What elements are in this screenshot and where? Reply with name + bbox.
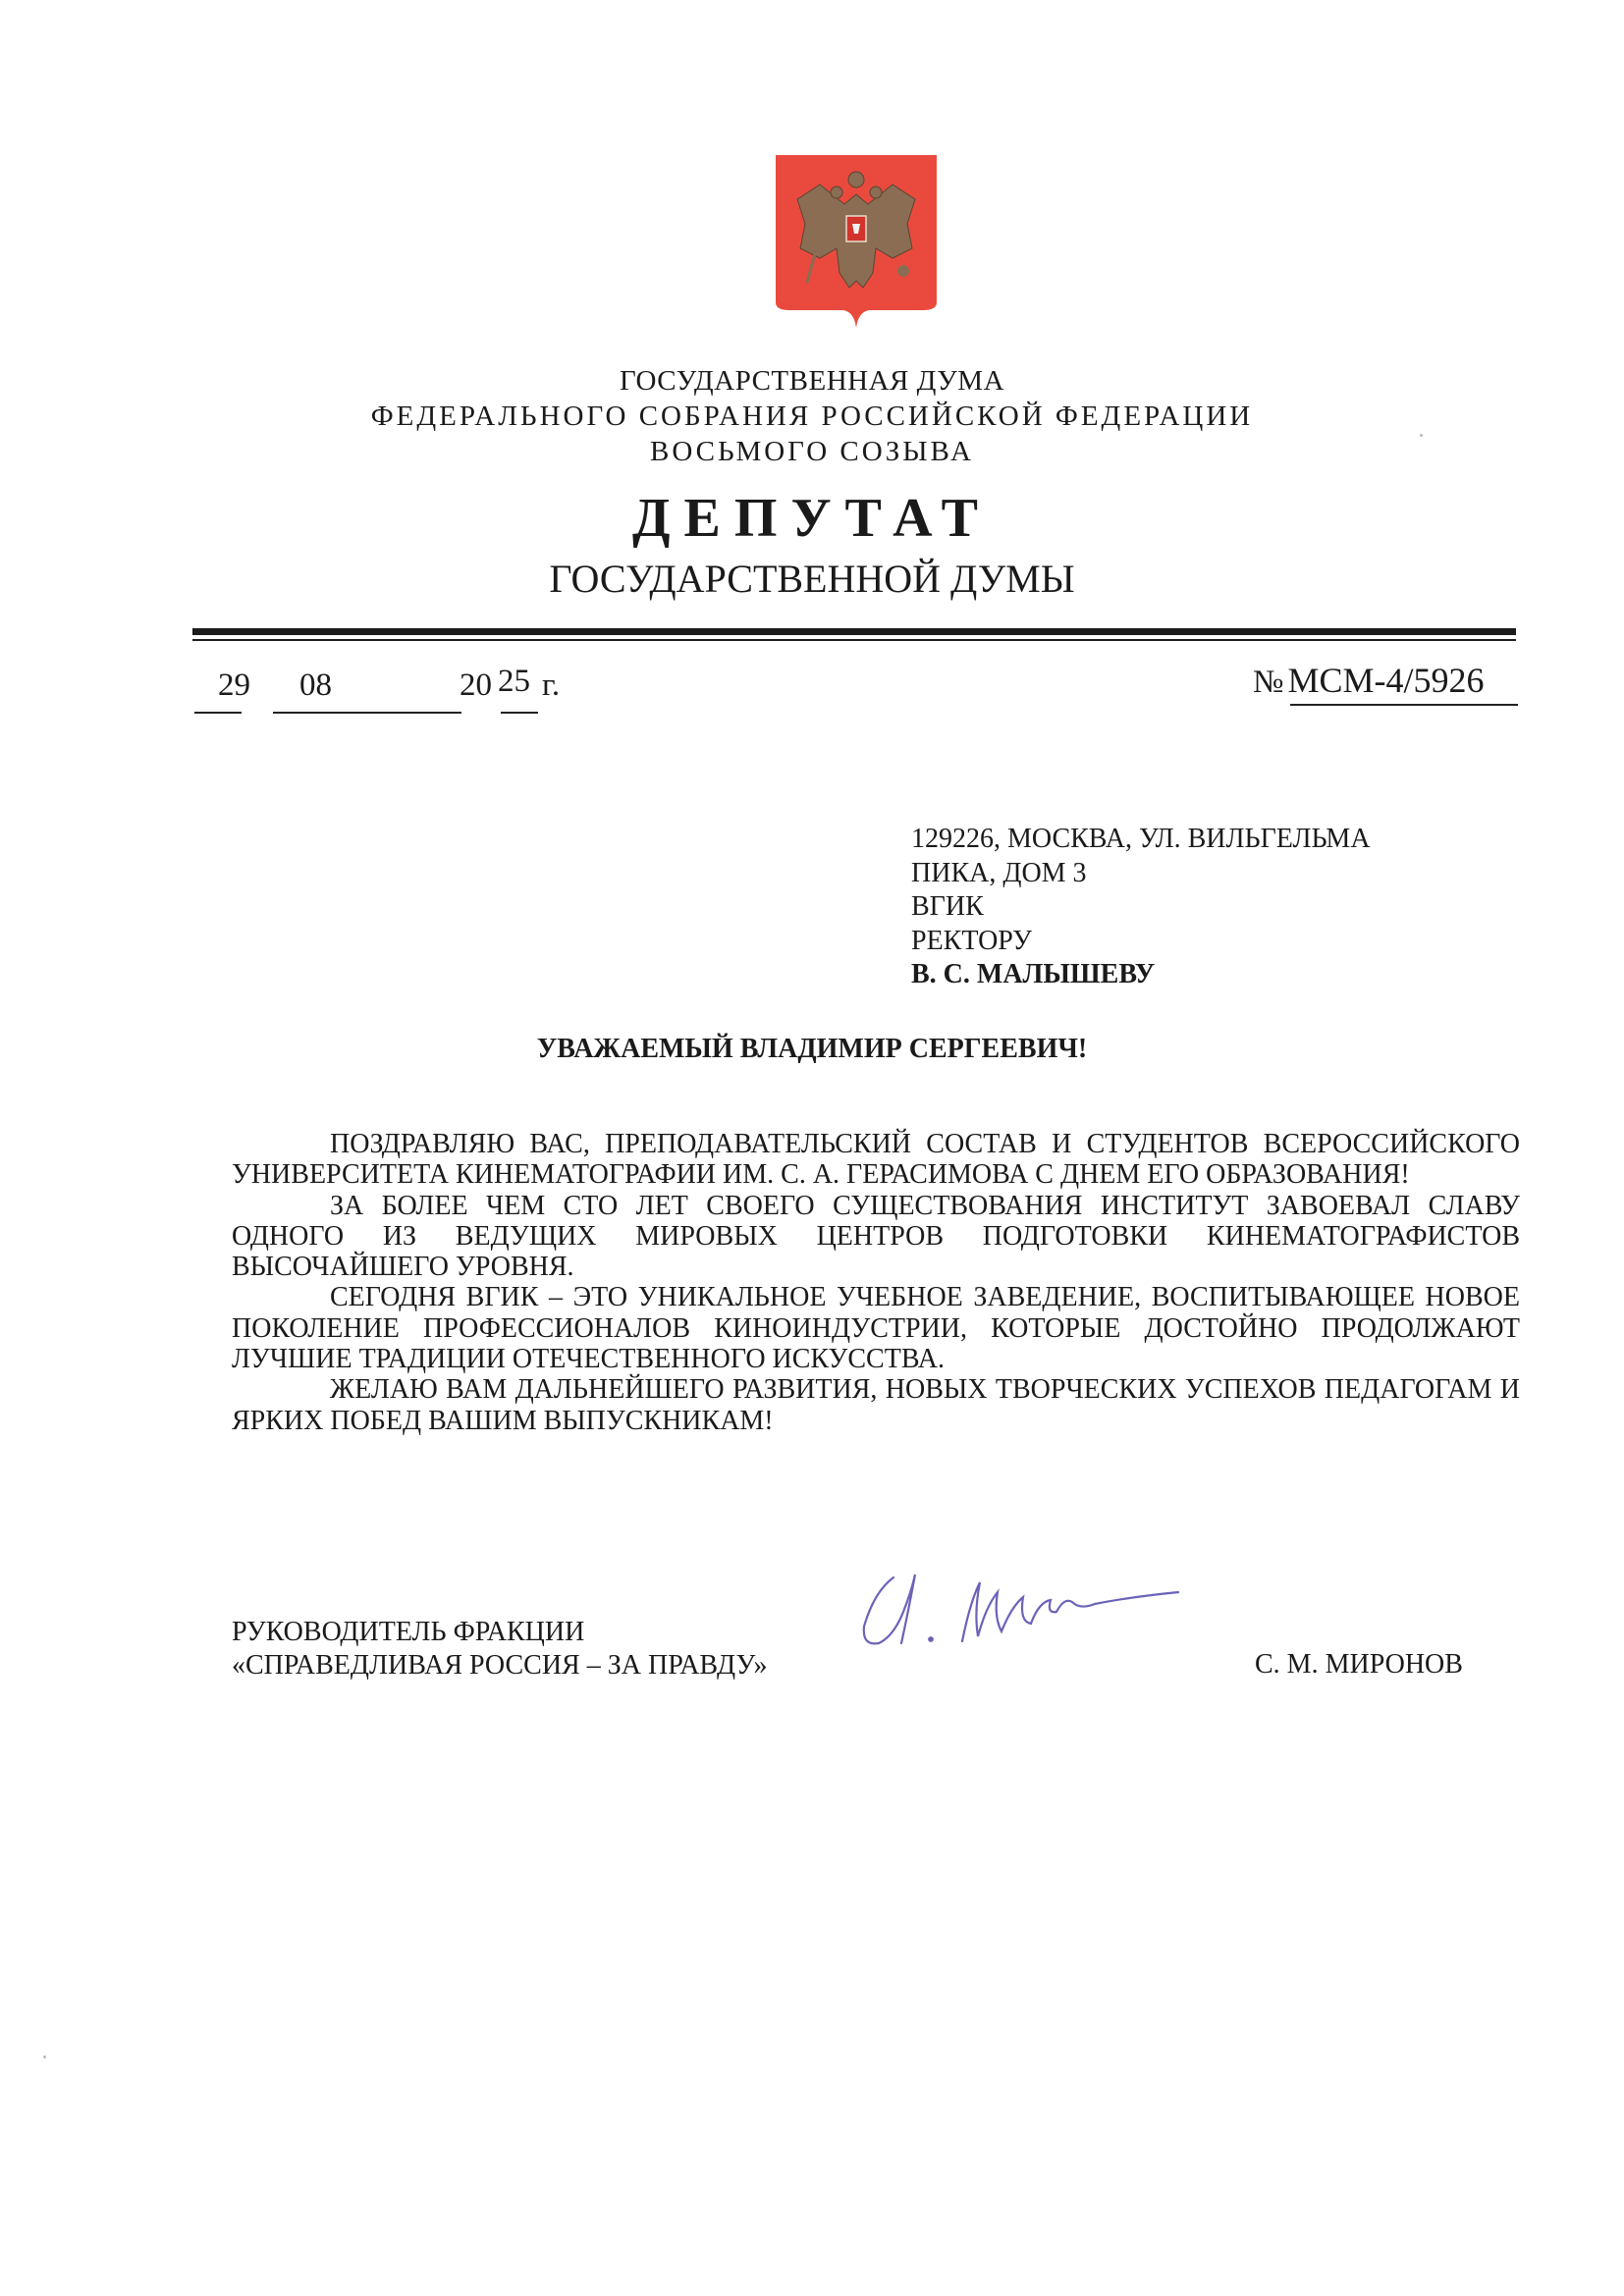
document-title: ДЕПУТАТ	[0, 487, 1624, 550]
day-underline	[194, 712, 242, 714]
month-underline	[273, 712, 461, 714]
recipient-block: 129226, МОСКВА, УЛ. ВИЛЬГЕЛЬМА ПИКА, ДОМ…	[911, 823, 1371, 992]
recipient-line: ВГИК	[911, 890, 1371, 925]
document-subtitle: ГОСУДАРСТВЕННОЙ ДУМЫ	[0, 556, 1624, 602]
recipient-line: ПИКА, ДОМ 3	[911, 857, 1371, 891]
signer-position: РУКОВОДИТЕЛЬ ФРАКЦИИ «СПРАВЕДЛИВАЯ РОССИ…	[232, 1616, 768, 1682]
registration-value: МСМ-4/5926	[1288, 661, 1485, 700]
letter-body: ПОЗДРАВЛЯЮ ВАС, ПРЕПОДАВАТЕЛЬСКИЙ СОСТАВ…	[232, 1129, 1520, 1436]
signer-position-line-2: «СПРАВЕДЛИВАЯ РОССИЯ – ЗА ПРАВДУ»	[232, 1649, 768, 1682]
org-name-line-2: ФЕДЕРАЛЬНОГО СОБРАНИЯ РОССИЙСКОЙ ФЕДЕРАЦ…	[0, 400, 1624, 433]
date-month: 08	[299, 667, 332, 704]
header-rule-thick	[192, 628, 1516, 635]
recipient-name: В. С. МАЛЫШЕВУ	[911, 958, 1371, 992]
recipient-line: РЕКТОРУ	[911, 925, 1371, 959]
date-year-suffix: 25	[498, 664, 530, 700]
body-paragraph: СЕГОДНЯ ВГИК – ЭТО УНИКАЛЬНОЕ УЧЕБНОЕ ЗА…	[232, 1282, 1520, 1374]
scan-speck	[43, 2056, 46, 2058]
org-name-line-3: ВОСЬМОГО СОЗЫВА	[0, 436, 1624, 468]
scan-speck	[1420, 434, 1423, 437]
org-name-line-1: ГОСУДАРСТВЕННАЯ ДУМА	[0, 365, 1624, 398]
registration-number: №МСМ-4/5926	[1253, 660, 1485, 701]
registration-underline	[1290, 704, 1518, 706]
year-underline	[501, 712, 538, 714]
header-rule-thin	[192, 639, 1516, 641]
recipient-line: 129226, МОСКВА, УЛ. ВИЛЬГЕЛЬМА	[911, 823, 1371, 857]
body-paragraph: ЖЕЛАЮ ВАМ ДАЛЬНЕЙШЕГО РАЗВИТИЯ, НОВЫХ ТВ…	[232, 1374, 1520, 1436]
signer-position-line-1: РУКОВОДИТЕЛЬ ФРАКЦИИ	[232, 1616, 768, 1649]
number-sign: №	[1253, 665, 1284, 700]
date-year-mark: г.	[542, 667, 560, 704]
date-day: 29	[218, 667, 250, 704]
date-year-prefix: 20	[460, 667, 492, 704]
handwritten-signature-icon	[854, 1553, 1267, 1661]
body-paragraph: ЗА БОЛЕЕ ЧЕМ СТО ЛЕТ СВОЕГО СУЩЕСТВОВАНИ…	[232, 1191, 1520, 1283]
body-paragraph: ПОЗДРАВЛЯЮ ВАС, ПРЕПОДАВАТЕЛЬСКИЙ СОСТАВ…	[232, 1129, 1520, 1191]
signer-name: С. М. МИРОНОВ	[1255, 1649, 1463, 1681]
russian-coat-of-arms-icon	[776, 155, 937, 332]
salutation: УВАЖАЕМЫЙ ВЛАДИМИР СЕРГЕЕВИЧ!	[0, 1034, 1624, 1065]
